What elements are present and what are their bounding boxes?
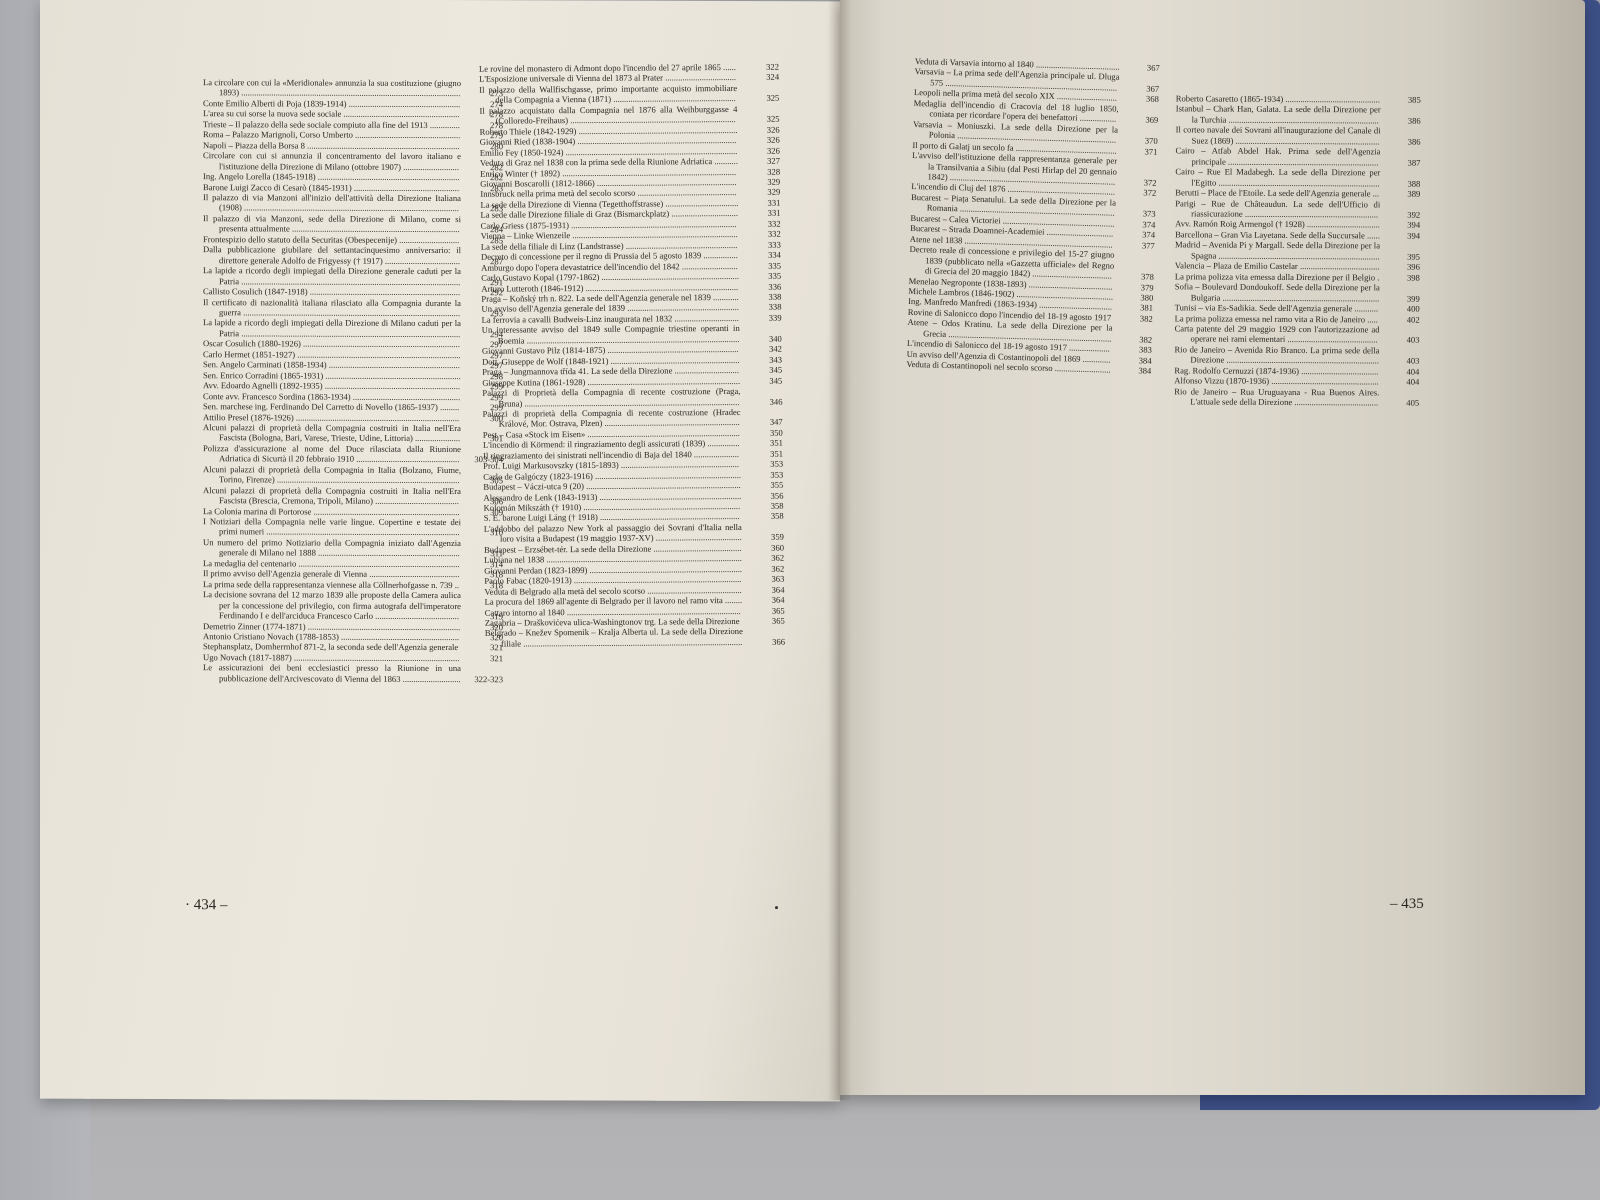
index-entry-page: 388 [1380, 178, 1420, 189]
left-page-column-1: La circolare con cui la «Meridionale» an… [203, 77, 503, 684]
index-entry-page: 356 [741, 490, 783, 501]
index-entry-page: 364 [743, 595, 785, 606]
index-entry-page: 350 [741, 427, 783, 438]
index-entry-page: 336 [739, 281, 781, 292]
index-entry-title: I Notiziari della Compagnia nelle varie … [203, 516, 461, 538]
index-entry-page: 332 [739, 229, 781, 240]
left-page-column-2: Le rovine del monastero di Admont dopo l… [479, 62, 785, 649]
index-entry-page: 345 [740, 375, 782, 386]
index-entry: Alcuni palazzi di proprietà della Compag… [203, 485, 503, 507]
index-entry-page: 333 [739, 239, 781, 250]
index-entry: Polizza d'assicurazione al nome del Duce… [203, 443, 503, 465]
index-entry-title: Alcuni palazzi di proprietà della Compag… [203, 464, 461, 486]
index-entry: Sofia – Boulevard Dondoukoff. Sede della… [1175, 282, 1420, 304]
index-entry-page: 355 [741, 480, 783, 491]
index-entry-page: 394 [1380, 230, 1420, 241]
ink-dot [775, 906, 778, 909]
index-entry-page: 377 [1115, 239, 1155, 251]
index-entry: Cairo – Atfab Abdel Hak. Prima sede dell… [1175, 146, 1420, 168]
index-entry-page: 331 [738, 198, 780, 209]
index-entry-page: 353 [741, 459, 783, 470]
page-number-dash: – [1390, 896, 1401, 912]
index-entry-title: Il palazzo acquistato dalla Compagnia ne… [479, 104, 737, 127]
index-entry-page: 328 [738, 166, 780, 177]
index-entry: Un numero del primo Notiziario della Com… [203, 537, 503, 559]
index-entry: Madrid – Avenida Pi y Margall. Sede dell… [1175, 240, 1420, 262]
index-entry-page: 334 [739, 250, 781, 261]
index-entry-page: 335 [739, 271, 781, 282]
index-entry-page: 343 [740, 354, 782, 365]
index-entry: Rio de Janeiro – Rua Uruguayana - Rua Bu… [1174, 386, 1419, 408]
index-entry-page: 368 [1119, 93, 1159, 105]
page-number-left: · 434 – [185, 897, 228, 914]
index-entry-page: 386 [1381, 136, 1421, 147]
index-entry-page: 395 [1380, 251, 1420, 262]
index-entry-page: 351 [741, 438, 783, 449]
index-entry-page: 329 [738, 177, 780, 188]
index-entry-page: 340 [740, 333, 782, 344]
index-entry-page: 358 [742, 511, 784, 522]
index-entry-title: Le assicurazioni dei beni ecclesiastici … [203, 663, 461, 685]
index-entry-page: 324 [737, 72, 779, 83]
index-entry-page: 403 [1380, 335, 1420, 346]
index-entry-title: Madrid – Avenida Pi y Margall. Sede dell… [1175, 240, 1380, 262]
index-entry: Il corteo navale dei Sovrani all'inaugur… [1176, 125, 1421, 147]
index-entry: Il palazzo di via Manzoni, sede della Di… [203, 213, 503, 235]
index-entry: Parigi – Rue de Châteaudun. La sede dell… [1175, 198, 1420, 220]
index-entry-page: 322-323 [461, 674, 503, 685]
index-entry-title: Cairo – Atfab Abdel Hak. Prima sede dell… [1175, 146, 1380, 168]
index-entry-page: 404 [1379, 377, 1419, 388]
index-entry: Cairo – Rue El Madabegh. La sede della D… [1175, 167, 1420, 189]
index-entry-title: Il certificato di nazionalità italiana r… [203, 297, 461, 319]
index-entry-page: 366 [743, 637, 785, 648]
index-entry-title: Istanbul – Chark Han, Galata. La sede de… [1176, 104, 1381, 126]
index-entry-title: Il palazzo della Wallfischgasse, primo i… [479, 83, 737, 106]
index-entry-page: 364 [742, 584, 784, 595]
index-entry-page: 365 [743, 605, 785, 616]
index-entry: Il certificato di nazionalità italiana r… [203, 297, 503, 319]
index-entry-page: 389 [1380, 189, 1420, 200]
index-entry-page: 346 [740, 396, 782, 407]
index-entry: Il palazzo della Wallfischgasse, primo i… [479, 83, 779, 106]
right-page: Veduta di Varsavia intorno al 1840 .....… [840, 0, 1585, 1095]
index-entry-title: Alcuni palazzi di proprietà della Compag… [203, 422, 461, 444]
index-entry-title: Polizza d'assicurazione al nome del Duce… [203, 443, 461, 465]
index-entry-title: Palazzi di Proprietà della Compagnia di … [482, 386, 740, 409]
index-entry-page: 403 [1379, 356, 1419, 367]
index-entry: Istanbul – Chark Han, Galata. La sede de… [1176, 104, 1421, 126]
index-entry-page: 398 [1380, 272, 1420, 283]
index-entry: Circolare con cui si annunzia il concent… [203, 150, 503, 172]
index-entry-page: 347 [741, 417, 783, 428]
index-entry-page: 402 [1380, 314, 1420, 325]
index-entry: Alcuni palazzi di proprietà della Compag… [203, 464, 503, 486]
index-entry-page: 362 [742, 553, 784, 564]
index-entry-page: 329 [738, 187, 780, 198]
index-entry-title: Un numero del primo Notiziario della Com… [203, 537, 461, 559]
index-entry-title: Il corteo navale dei Sovrani all'inaugur… [1176, 125, 1381, 147]
book-gutter [828, 0, 852, 1100]
index-entry-page: 404 [1379, 366, 1419, 377]
index-entry-page: 385 [1381, 94, 1421, 105]
index-entry-page: 338 [739, 292, 781, 303]
index-entry: Palazzi di proprietà della Compagnia di … [483, 407, 783, 430]
index-entry-title: Sofia – Boulevard Dondoukoff. Sede della… [1175, 282, 1380, 304]
index-entry-page: 372 [1116, 187, 1156, 199]
index-entry-page: 339 [740, 312, 782, 323]
right-page-column-2: Roberto Casaretto (1865-1934) ..........… [1174, 93, 1421, 408]
index-entry: Il palazzo di via Manzoni all'inizio del… [203, 192, 503, 214]
index-entry: Le assicurazioni dei beni ecclesiastici … [203, 663, 503, 685]
index-entry: Carta patente del 29 maggio 1929 con l'a… [1175, 323, 1420, 345]
index-entry-page: 326 [738, 135, 780, 146]
index-entry-page: 405 [1379, 398, 1419, 409]
index-entry-page: 362 [742, 563, 784, 574]
index-entry: Il palazzo acquistato dalla Compagnia ne… [479, 103, 779, 126]
page-number-value: 435 [1401, 896, 1424, 912]
index-entry-page: 331 [738, 208, 780, 219]
index-entry-title: La lapide a ricordo degli impiegati dell… [203, 265, 461, 287]
page-number-value: 434 [194, 897, 217, 913]
index-entry-page: 338 [739, 302, 781, 313]
index-entry-title: La circolare con cui la «Meridionale» an… [203, 77, 461, 99]
index-entry-page: 326 [738, 124, 780, 135]
index-entry-title: Carta patente del 29 maggio 1929 con l'a… [1175, 323, 1380, 345]
index-entry-page: 365 [743, 616, 785, 627]
index-entry-title: Un interessante avviso del 1849 sulle Co… [482, 323, 740, 346]
left-page: La circolare con cui la «Meridionale» an… [40, 0, 840, 1101]
index-entry: La decisione sovrana del 12 marzo 1839 a… [203, 589, 503, 621]
index-entry-title: Rio de Janeiro – Rua Uruguayana - Rua Bu… [1174, 386, 1379, 408]
index-entry-title: Alcuni palazzi di proprietà della Compag… [203, 485, 461, 507]
index-entry-page: 321 [461, 653, 503, 664]
index-entry-page: 384 [1111, 365, 1151, 377]
index-entry-page: 325 [737, 93, 779, 104]
index-entry-page: 367 [1120, 62, 1160, 74]
index-entry-page: 396 [1380, 262, 1420, 273]
index-entry: Rio de Janeiro – Avenida Rio Branco. La … [1174, 344, 1419, 366]
index-entry-page: 363 [742, 574, 784, 585]
index-entry: Palazzi di Proprietà della Compagnia di … [482, 386, 782, 409]
index-entry-page: 345 [740, 365, 782, 376]
index-entry-page: 342 [740, 344, 782, 355]
page-number-right: – 435 [1390, 896, 1424, 913]
index-entry: Belgrado – Knežev Spomenik – Kralja Albe… [485, 626, 785, 649]
index-entry-page: 353 [741, 469, 783, 480]
index-entry-page: 351 [741, 448, 783, 459]
index-entry: L'addobbo del palazzo New York al passag… [484, 522, 784, 545]
index-entry-page: 335 [739, 260, 781, 271]
right-page-column-1: Veduta di Varsavia intorno al 1840 .....… [906, 56, 1160, 376]
page-number-dash: – [216, 897, 227, 913]
index-entry-page: 371 [1117, 145, 1157, 157]
index-entry-title: Dalla pubblicazione giubilare del settan… [203, 244, 461, 266]
index-entry-title: Parigi – Rue de Châteaudun. La sede dell… [1175, 198, 1380, 220]
index-entry-title: Circolare con cui si annunzia il concent… [203, 150, 461, 172]
index-entry-title: Belgrado – Knežev Spomenik – Kralja Albe… [485, 626, 743, 649]
index-entry-title: Il palazzo di via Manzoni all'inizio del… [203, 192, 461, 214]
index-entry-page: 322 [737, 62, 779, 73]
index-entry-page: 369 [1118, 114, 1158, 126]
index-entry-title: La decisione sovrana del 12 marzo 1839 a… [203, 589, 461, 621]
index-entry-title: Il palazzo di via Manzoni, sede della Di… [203, 213, 461, 235]
index-entry-title: La lapide a ricordo degli impiegati dell… [203, 318, 461, 340]
index-entry-title: Rio de Janeiro – Avenida Rio Branco. La … [1174, 344, 1379, 366]
index-entry-page: 326 [738, 145, 780, 156]
index-entry-title: L'addobbo del palazzo New York al passag… [484, 522, 742, 545]
index-entry-page: 327 [738, 156, 780, 167]
index-entry: La circolare con cui la «Meridionale» an… [203, 77, 503, 99]
index-entry-page: 359 [742, 532, 784, 543]
index-entry-page: 394 [1380, 220, 1420, 231]
index-entry-title: Palazzi di proprietà della Compagnia di … [483, 407, 741, 430]
index-entry-page: 360 [742, 542, 784, 553]
index-entry-page: 325 [737, 114, 779, 125]
index-entry-page: 332 [739, 218, 781, 229]
index-entry-page: 387 [1380, 157, 1420, 168]
index-entry-page: 358 [742, 501, 784, 512]
index-entry-page: 382 [1113, 313, 1153, 325]
index-entry-page: 400 [1380, 303, 1420, 314]
index-entry: La lapide a ricordo degli impiegati dell… [203, 265, 503, 287]
index-entry-page: 386 [1381, 115, 1421, 126]
index-entry-page: 392 [1380, 209, 1420, 220]
index-entry: I Notiziari della Compagnia nelle varie … [203, 516, 503, 538]
index-entry: La lapide a ricordo degli impiegati dell… [203, 318, 503, 340]
index-entry: Un interessante avviso del 1849 sulle Co… [482, 323, 782, 346]
index-entry-title: Cairo – Rue El Madabegh. La sede della D… [1175, 167, 1380, 189]
index-entry: Alcuni palazzi di proprietà della Compag… [203, 422, 503, 444]
index-entry-page: 399 [1380, 293, 1420, 304]
index-entry: Dalla pubblicazione giubilare del settan… [203, 244, 503, 266]
page-number-dash: · [185, 897, 194, 913]
